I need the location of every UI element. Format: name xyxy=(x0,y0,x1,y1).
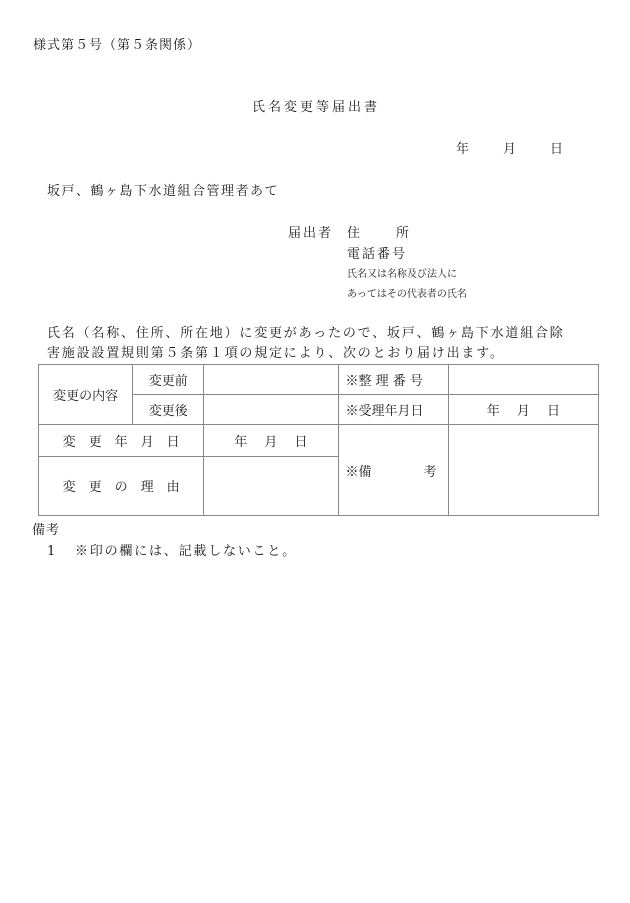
receipt-date-field: 年 月 日 xyxy=(448,394,598,425)
document-title: 氏名変更等届出書 xyxy=(252,96,380,115)
change-reason-field[interactable] xyxy=(204,456,338,515)
address-label-part2: 所 xyxy=(396,222,409,241)
remarks-label: ※備 考 xyxy=(338,425,448,516)
note-number: 1 xyxy=(47,544,75,559)
date-line: 年月日 xyxy=(456,138,563,157)
change-date-label: 変 更 年 月 日 xyxy=(39,425,204,457)
before-label: 変更前 xyxy=(133,365,204,395)
phone-label: 電話番号 xyxy=(347,243,407,262)
body-text-line1: 氏名（名称、住所、所在地）に変更があったので、坂戸、鶴ヶ島下水道組合除 xyxy=(47,324,565,344)
before-value-field[interactable] xyxy=(204,365,338,395)
change-form-table: 変更の内容 変更前 ※整 理 番 号 変更後 ※受理年月日 年 月 日 変 更 … xyxy=(38,364,599,516)
notes-title: 備考 xyxy=(32,519,60,538)
table-row: 変 更 年 月 日 年 月 日 ※備 考 xyxy=(39,425,599,457)
address-label: 住所 xyxy=(347,222,409,241)
name-note: 氏名又は名称及び法人に あってはその代表者の氏名 xyxy=(347,265,467,305)
addressee: 坂戸、鶴ヶ島下水道組合管理者あて xyxy=(47,180,279,199)
after-label: 変更後 xyxy=(133,394,204,425)
address-label-part1: 住 xyxy=(347,222,360,241)
note-text: ※印の欄には、記載しないこと。 xyxy=(75,544,297,559)
date-month-label: 月 xyxy=(503,138,516,157)
change-content-label: 変更の内容 xyxy=(39,365,133,425)
reference-number-field xyxy=(448,365,598,395)
applicant-label: 届出者 xyxy=(288,222,333,241)
remarks-field xyxy=(448,425,598,516)
table-row: 変更の内容 変更前 ※整 理 番 号 xyxy=(39,365,599,395)
date-day-label: 日 xyxy=(550,138,563,157)
receipt-date-label: ※受理年月日 xyxy=(338,394,448,425)
change-date-field[interactable]: 年 月 日 xyxy=(204,425,338,457)
date-year-label: 年 xyxy=(456,138,469,157)
after-value-field[interactable] xyxy=(204,394,338,425)
name-note-line2: あってはその代表者の氏名 xyxy=(347,285,467,305)
change-reason-label: 変 更 の 理 由 xyxy=(39,456,204,515)
form-number: 様式第５号（第５条関係） xyxy=(33,34,201,53)
name-note-line1: 氏名又は名称及び法人に xyxy=(347,265,467,285)
note-item: 1※印の欄には、記載しないこと。 xyxy=(47,540,297,559)
body-text-line2: 害施設設置規則第５条第１項の規定により、次のとおり届け出ます。 xyxy=(47,344,505,364)
reference-number-label: ※整 理 番 号 xyxy=(338,365,448,395)
